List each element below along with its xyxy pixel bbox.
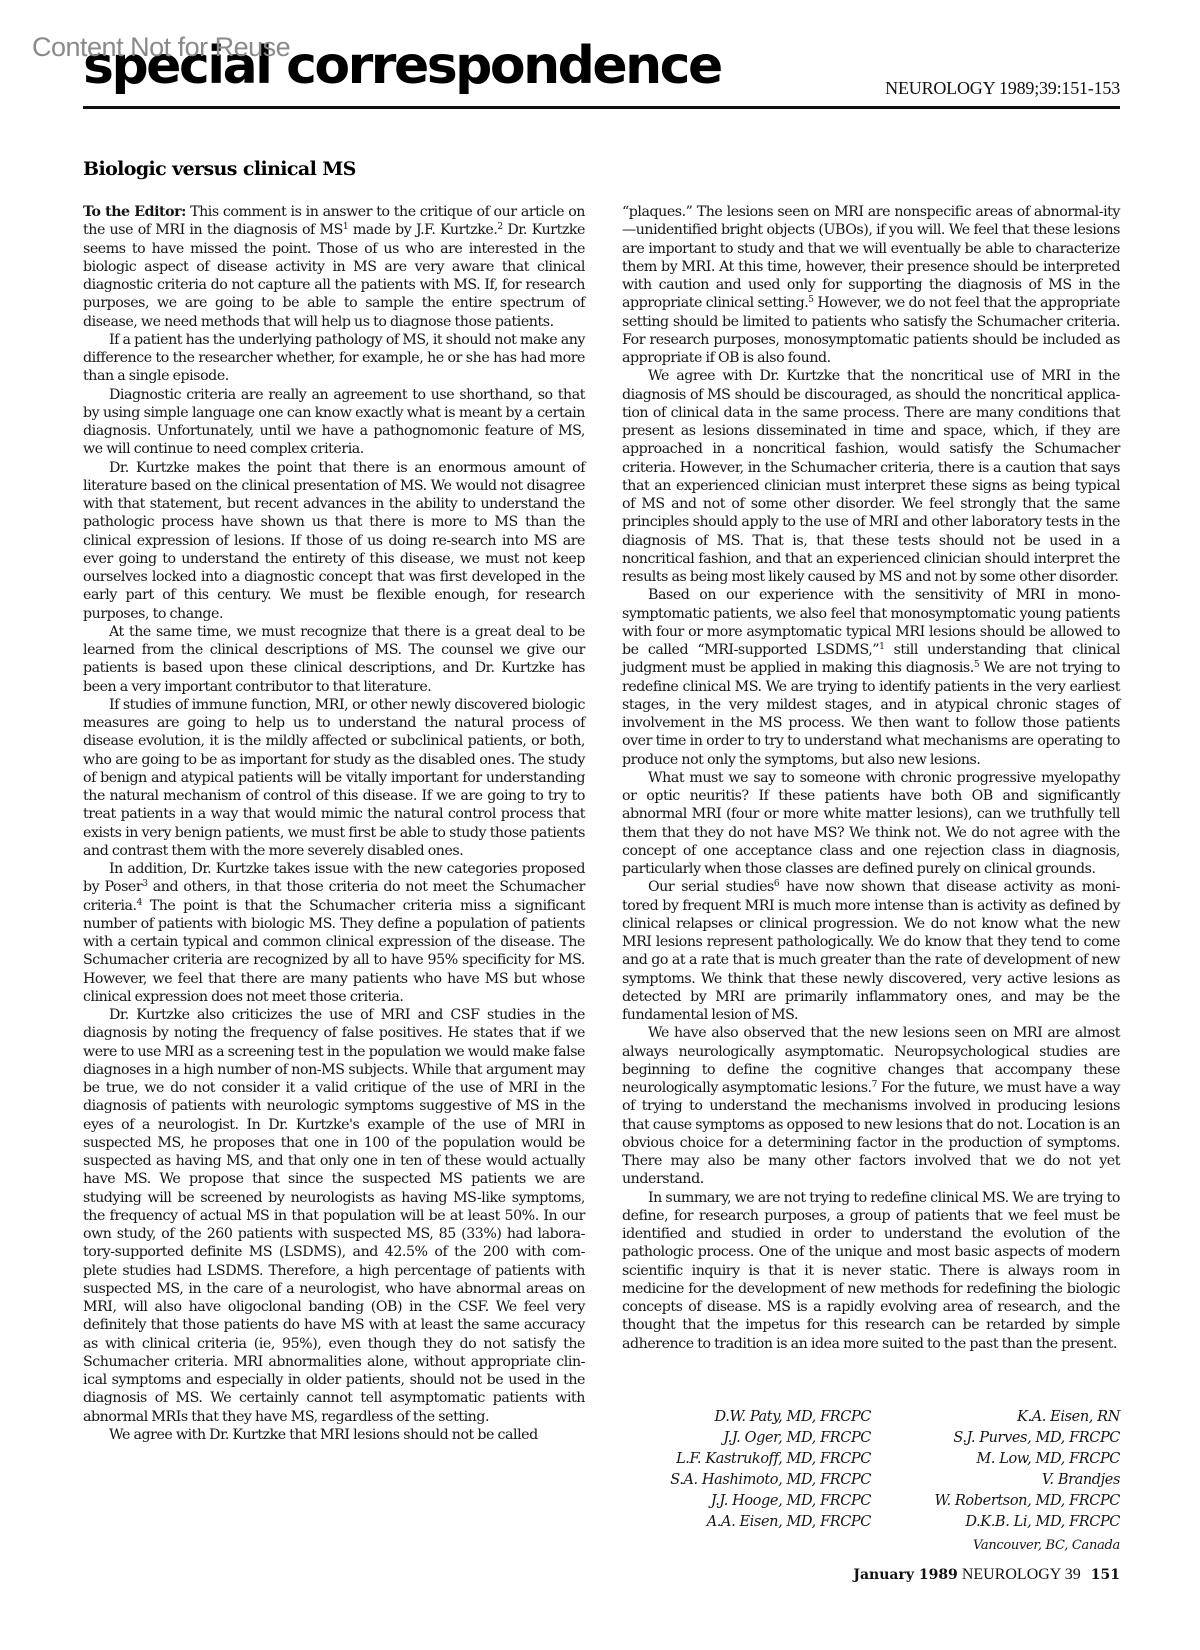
paragraph: “plaques.” The lesions seen on MRI are n… [622, 203, 1120, 367]
right-column: “plaques.” The lesions seen on MRI are n… [622, 203, 1120, 1353]
author-name: D.W. Paty, MD, FRCPC [640, 1407, 871, 1428]
author-name: D.K.B. Li, MD, FRCPC [889, 1512, 1120, 1533]
journal-citation: NEUROLOGY 1989;39:151-153 [885, 78, 1120, 99]
reference-marker: 5 [808, 295, 813, 305]
issue-date: January 1989 [853, 1567, 957, 1583]
paragraph: Dr. Kurtzke also criticizes the use of M… [83, 1006, 585, 1426]
author-name: W. Robertson, MD, FRCPC [889, 1491, 1120, 1512]
paragraph: Based on our experience with the sensiti… [622, 586, 1120, 769]
author-name: L.F. Kastrukoff, MD, FRCPC [640, 1449, 871, 1470]
reference-marker: 2 [497, 222, 502, 232]
reference-marker: 1 [879, 642, 884, 652]
author-name: S.J. Purves, MD, FRCPC [889, 1428, 1120, 1449]
author-name: S.A. Hashimoto, MD, FRCPC [640, 1470, 871, 1491]
header-rule [83, 106, 1120, 109]
watermark: Content Not for Reuse [32, 32, 290, 63]
paragraph: Our serial studies6 have now shown that … [622, 878, 1120, 1024]
page-number: 151 [1091, 1567, 1120, 1583]
author-signatures: D.W. Paty, MD, FRCPC J.J. Oger, MD, FRCP… [640, 1407, 1120, 1533]
author-name: K.A. Eisen, RN [889, 1407, 1120, 1428]
author-name: M. Low, MD, FRCPC [889, 1449, 1120, 1470]
paragraph: To the Editor: This comment is in answer… [83, 203, 585, 331]
paragraph: We have also observed that the new lesio… [622, 1024, 1120, 1188]
reference-marker: 7 [872, 1080, 877, 1090]
paragraph: If a patient has the underlying patholog… [83, 331, 585, 386]
salutation: To the Editor: [83, 204, 186, 220]
author-name: J.J. Hooge, MD, FRCPC [640, 1491, 871, 1512]
paragraph: In addition, Dr. Kurtzke takes issue wit… [83, 860, 585, 1006]
reference-marker: 5 [974, 660, 979, 670]
reference-marker: 1 [343, 222, 348, 232]
page-footer: January 1989 NEUROLOGY 39 151 [853, 1566, 1120, 1584]
signatures-left: D.W. Paty, MD, FRCPC J.J. Oger, MD, FRCP… [640, 1407, 871, 1533]
author-name: A.A. Eisen, MD, FRCPC [640, 1512, 871, 1533]
signatures-right: K.A. Eisen, RN S.J. Purves, MD, FRCPC M.… [889, 1407, 1120, 1533]
paragraph: We agree with Dr. Kurtzke that MRI lesio… [83, 1426, 585, 1444]
author-location: Vancouver, BC, Canada [973, 1538, 1120, 1553]
author-name: V. Brandjes [889, 1470, 1120, 1491]
reference-marker: 3 [142, 879, 147, 889]
article-title: Biologic versus clinical MS [83, 158, 356, 180]
left-column: To the Editor: This comment is in answer… [83, 203, 585, 1444]
author-name: J.J. Oger, MD, FRCPC [640, 1428, 871, 1449]
paragraph: At the same time, we must recognize that… [83, 623, 585, 696]
paragraph: In summary, we are not trying to redefin… [622, 1189, 1120, 1353]
paragraph: If studies of immune function, MRI, or o… [83, 696, 585, 860]
paragraph: What must we say to someone with chronic… [622, 769, 1120, 879]
paragraph: Diagnostic criteria are really an agreem… [83, 386, 585, 459]
journal-volume: NEUROLOGY 39 [962, 1566, 1081, 1583]
reference-marker: 4 [137, 898, 142, 908]
reference-marker: 6 [774, 879, 779, 889]
paragraph: We agree with Dr. Kurtzke that the noncr… [622, 367, 1120, 586]
paragraph: Dr. Kurtzke makes the point that there i… [83, 459, 585, 623]
